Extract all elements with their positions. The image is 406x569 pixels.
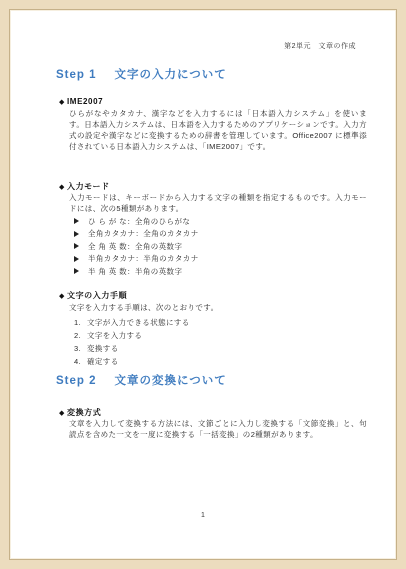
step1-title: 文字の入力について bbox=[115, 69, 227, 81]
conversion-paragraph: 文章を入力して変換する方法には、文節ごとに入力し変換する「文節変換」と、句読点を… bbox=[69, 418, 367, 440]
list-item-text: 文字が入力できる状態にする bbox=[87, 317, 190, 328]
section-heading-input-steps-text: 文字の入力手順 bbox=[67, 291, 127, 300]
section-heading-ime-text: IME2007 bbox=[67, 97, 103, 106]
list-item-text: 全角カタカナ：全角のカタカナ bbox=[88, 228, 199, 239]
step2-title: 文章の変換について bbox=[115, 375, 227, 387]
step1-label: Step 1 bbox=[56, 69, 97, 81]
list-item: 2. 文字を入力する bbox=[74, 329, 364, 342]
list-item: 全角カタカナ：全角のカタカナ bbox=[74, 228, 364, 241]
page-number: 1 bbox=[10, 512, 396, 519]
list-item: 1. 文字が入力できる状態にする bbox=[74, 316, 364, 329]
input-steps-paragraph: 文字を入力する手順は、次のとおりです。 bbox=[69, 302, 367, 313]
document-page: 第2単元 文章の作成 Step 1文字の入力について ◆IME2007 ひらがな… bbox=[9, 9, 397, 560]
list-item-text: 文字を入力する bbox=[87, 330, 142, 341]
arrow-bullet-icon bbox=[74, 256, 79, 262]
section-heading-ime: ◆IME2007 bbox=[59, 97, 103, 106]
list-item: 半角カタカナ：半角のカタカナ bbox=[74, 253, 364, 266]
section-heading-conversion-text: 変換方式 bbox=[67, 408, 101, 417]
list-item-text: 全 角 英 数：全角の英数字 bbox=[88, 241, 182, 252]
section-heading-conversion: ◆変換方式 bbox=[59, 407, 101, 418]
step2-heading: Step 2文章の変換について bbox=[56, 372, 227, 388]
list-item: 3. 変換する bbox=[74, 342, 364, 355]
list-item-number: 2. bbox=[74, 331, 87, 340]
list-item-text: 半角カタカナ：半角のカタカナ bbox=[88, 253, 199, 264]
list-item-text: 変換する bbox=[87, 343, 119, 354]
section-heading-input-steps: ◆文字の入力手順 bbox=[59, 290, 127, 301]
arrow-bullet-icon bbox=[74, 231, 79, 237]
diamond-icon: ◆ bbox=[59, 410, 65, 417]
list-item: ひ ら が な：全角のひらがな bbox=[74, 215, 364, 228]
list-item: 半 角 英 数：半角の英数字 bbox=[74, 265, 364, 278]
list-item-number: 3. bbox=[74, 344, 87, 353]
section-heading-input-mode: ◆入力モード bbox=[59, 181, 110, 192]
input-steps-list: 1. 文字が入力できる状態にする 2. 文字を入力する 3. 変換する 4. 確… bbox=[74, 316, 364, 368]
list-item: 4. 確定する bbox=[74, 355, 364, 368]
diamond-icon: ◆ bbox=[59, 99, 65, 106]
list-item-text: 確定する bbox=[87, 356, 119, 367]
arrow-bullet-icon bbox=[74, 268, 79, 274]
arrow-bullet-icon bbox=[74, 243, 79, 249]
input-mode-paragraph: 入力モードは、キーボードから入力する文字の種類を指定するものです。入力モードには… bbox=[69, 192, 367, 214]
list-item-number: 1. bbox=[74, 318, 87, 327]
arrow-bullet-icon bbox=[74, 218, 79, 224]
input-mode-list: ひ ら が な：全角のひらがな 全角カタカナ：全角のカタカナ 全 角 英 数：全… bbox=[74, 215, 364, 278]
diamond-icon: ◆ bbox=[59, 184, 65, 191]
list-item-text: ひ ら が な：全角のひらがな bbox=[88, 216, 190, 227]
list-item-number: 4. bbox=[74, 357, 87, 366]
step1-heading: Step 1文字の入力について bbox=[56, 66, 227, 82]
unit-header: 第2単元 文章の作成 bbox=[284, 41, 356, 51]
ime-paragraph: ひらがなやカタカナ、漢字などを入力するには「日本語入力システム」を使います。日本… bbox=[69, 108, 367, 152]
list-item-text: 半 角 英 数：半角の英数字 bbox=[88, 266, 182, 277]
section-heading-input-mode-text: 入力モード bbox=[67, 182, 110, 191]
diamond-icon: ◆ bbox=[59, 293, 65, 300]
list-item: 全 角 英 数：全角の英数字 bbox=[74, 240, 364, 253]
step2-label: Step 2 bbox=[56, 375, 97, 387]
